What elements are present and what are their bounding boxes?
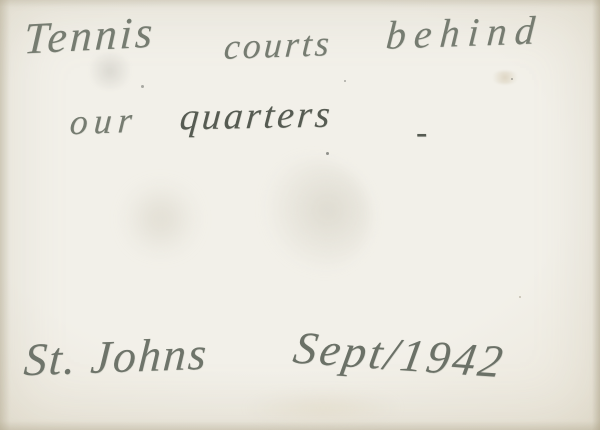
handwriting-word-tennis: Tennis	[23, 10, 156, 61]
paper-speck	[511, 78, 513, 80]
paper-stain-bottom	[248, 392, 398, 424]
paper-stain	[118, 183, 203, 255]
paper-speck	[519, 296, 521, 298]
paper-edge-top	[0, 0, 600, 7]
paper-edge-left	[0, 0, 10, 430]
handwriting-date: Sept/1942	[290, 325, 509, 385]
show-through-mark	[233, 138, 390, 293]
paper-speck	[344, 80, 346, 82]
paper-speck	[141, 85, 144, 88]
paper-edge-right	[592, 0, 600, 430]
handwriting-word-behind: behind	[385, 10, 545, 56]
handwriting-location: St. Johns	[22, 331, 209, 384]
handwriting-dash: -	[416, 116, 427, 150]
handwriting-word-courts: courts	[223, 25, 333, 65]
paper-edge-bottom	[0, 421, 600, 430]
photo-back-paper: Tennis courts behind our quarters - St. …	[0, 0, 600, 430]
paper-stain-tan	[490, 71, 520, 84]
handwriting-word-quarters: quarters	[178, 96, 334, 137]
handwriting-word-our: our	[69, 102, 139, 140]
paper-speck	[326, 152, 329, 155]
